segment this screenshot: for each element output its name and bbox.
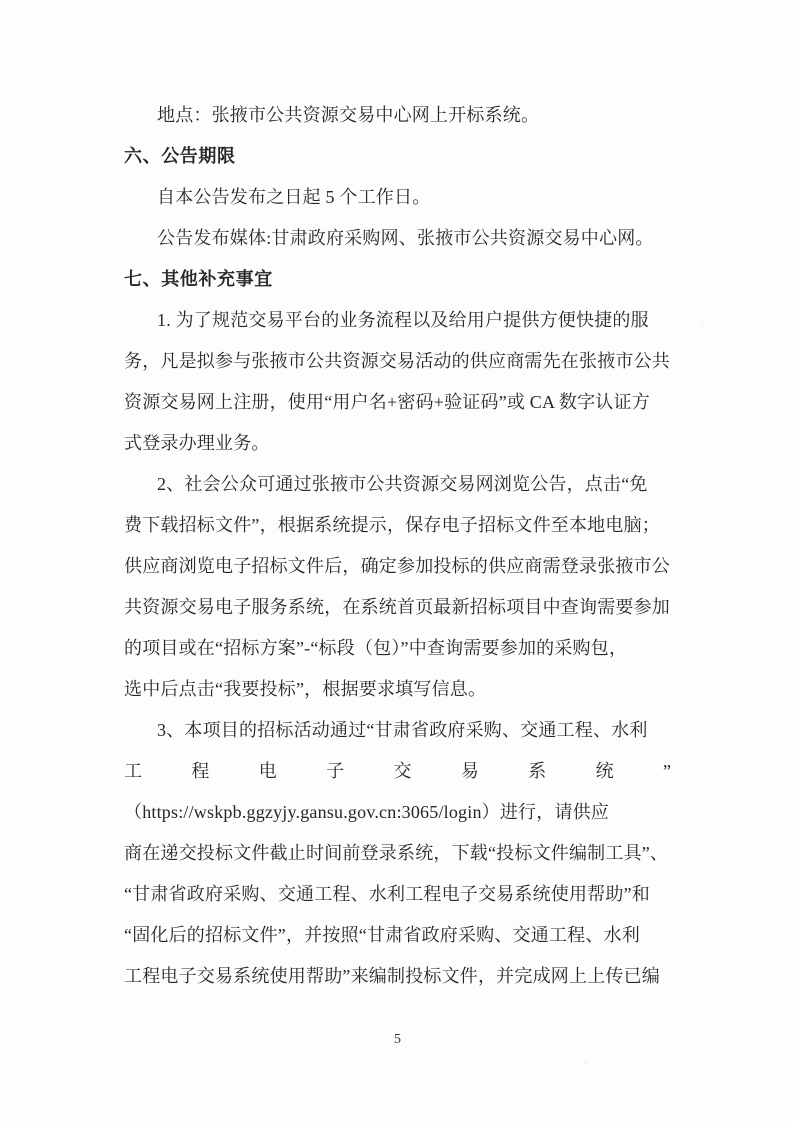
para-1-line-3: 资源交易网上注册，使用“用户名+密码+验证码”或 CA 数字认证方 [124, 382, 671, 423]
para-3-line-7: 工程电子交易系统使用帮助”来编制投标文件，并完成网上上传已编 [124, 956, 671, 997]
heading-section-6: 六、公告期限 [124, 136, 671, 177]
para-1-line-1: 1. 为了规范交易平台的业务流程以及给用户提供方便快捷的服 [124, 300, 671, 341]
para-3-line-1: 3、本项目的招标活动通过“甘肃省政府采购、交通工程、水利 [124, 710, 671, 751]
document-page: 地点：张掖市公共资源交易中心网上开标系统。 六、公告期限 自本公告发布之日起 5… [0, 0, 793, 1122]
para-2-line-3: 供应商浏览电子招标文件后，确定参加投标的供应商需登录张掖市公 [124, 546, 671, 587]
para-3-line-6: “固化后的招标文件”，并按照“甘肃省政府采购、交通工程、水利 [124, 915, 671, 956]
para-2-line-2: 费下载招标文件”，根据系统提示，保存电子招标文件至本地电脑； [124, 505, 671, 546]
line-location: 地点：张掖市公共资源交易中心网上开标系统。 [124, 95, 671, 136]
para-2-line-6: 选中后点击“我要投标”，根据要求填写信息。 [124, 669, 671, 710]
document-body: 地点：张掖市公共资源交易中心网上开标系统。 六、公告期限 自本公告发布之日起 5… [124, 95, 671, 997]
para-2-line-4: 共资源交易电子服务系统，在系统首页最新招标项目中查询需要参加 [124, 587, 671, 628]
para-3-line-3-url: （https://wskpb.ggzyjy.gansu.gov.cn:3065/… [124, 792, 671, 833]
line-publish-media: 公告发布媒体:甘肃政府采购网、张掖市公共资源交易中心网。 [124, 218, 671, 259]
para-2-line-5: 的项目或在“招标方案”-“标段（包）”中查询需要参加的采购包， [124, 628, 671, 669]
para-3-line-4: 商在递交投标文件截止时间前登录系统，下载“投标文件编制工具”、 [124, 833, 671, 874]
para-3-line-5: “甘肃省政府采购、交通工程、水利工程电子交易系统使用帮助”和 [124, 874, 671, 915]
para-2-line-1: 2、社会公众可通过张掖市公共资源交易网浏览公告，点击“免 [124, 464, 671, 505]
para-1-line-2: 务，凡是拟参与张掖市公共资源交易活动的供应商需先在张掖市公共 [124, 341, 671, 382]
heading-section-7: 七、其他补充事宜 [124, 259, 671, 300]
line-announcement-period: 自本公告发布之日起 5 个工作日。 [124, 177, 671, 218]
para-3-line-2-justified: 工程电子交易系统” [124, 751, 671, 792]
para-1-line-4: 式登录办理业务。 [124, 423, 671, 464]
page-number: 5 [124, 1030, 671, 1050]
